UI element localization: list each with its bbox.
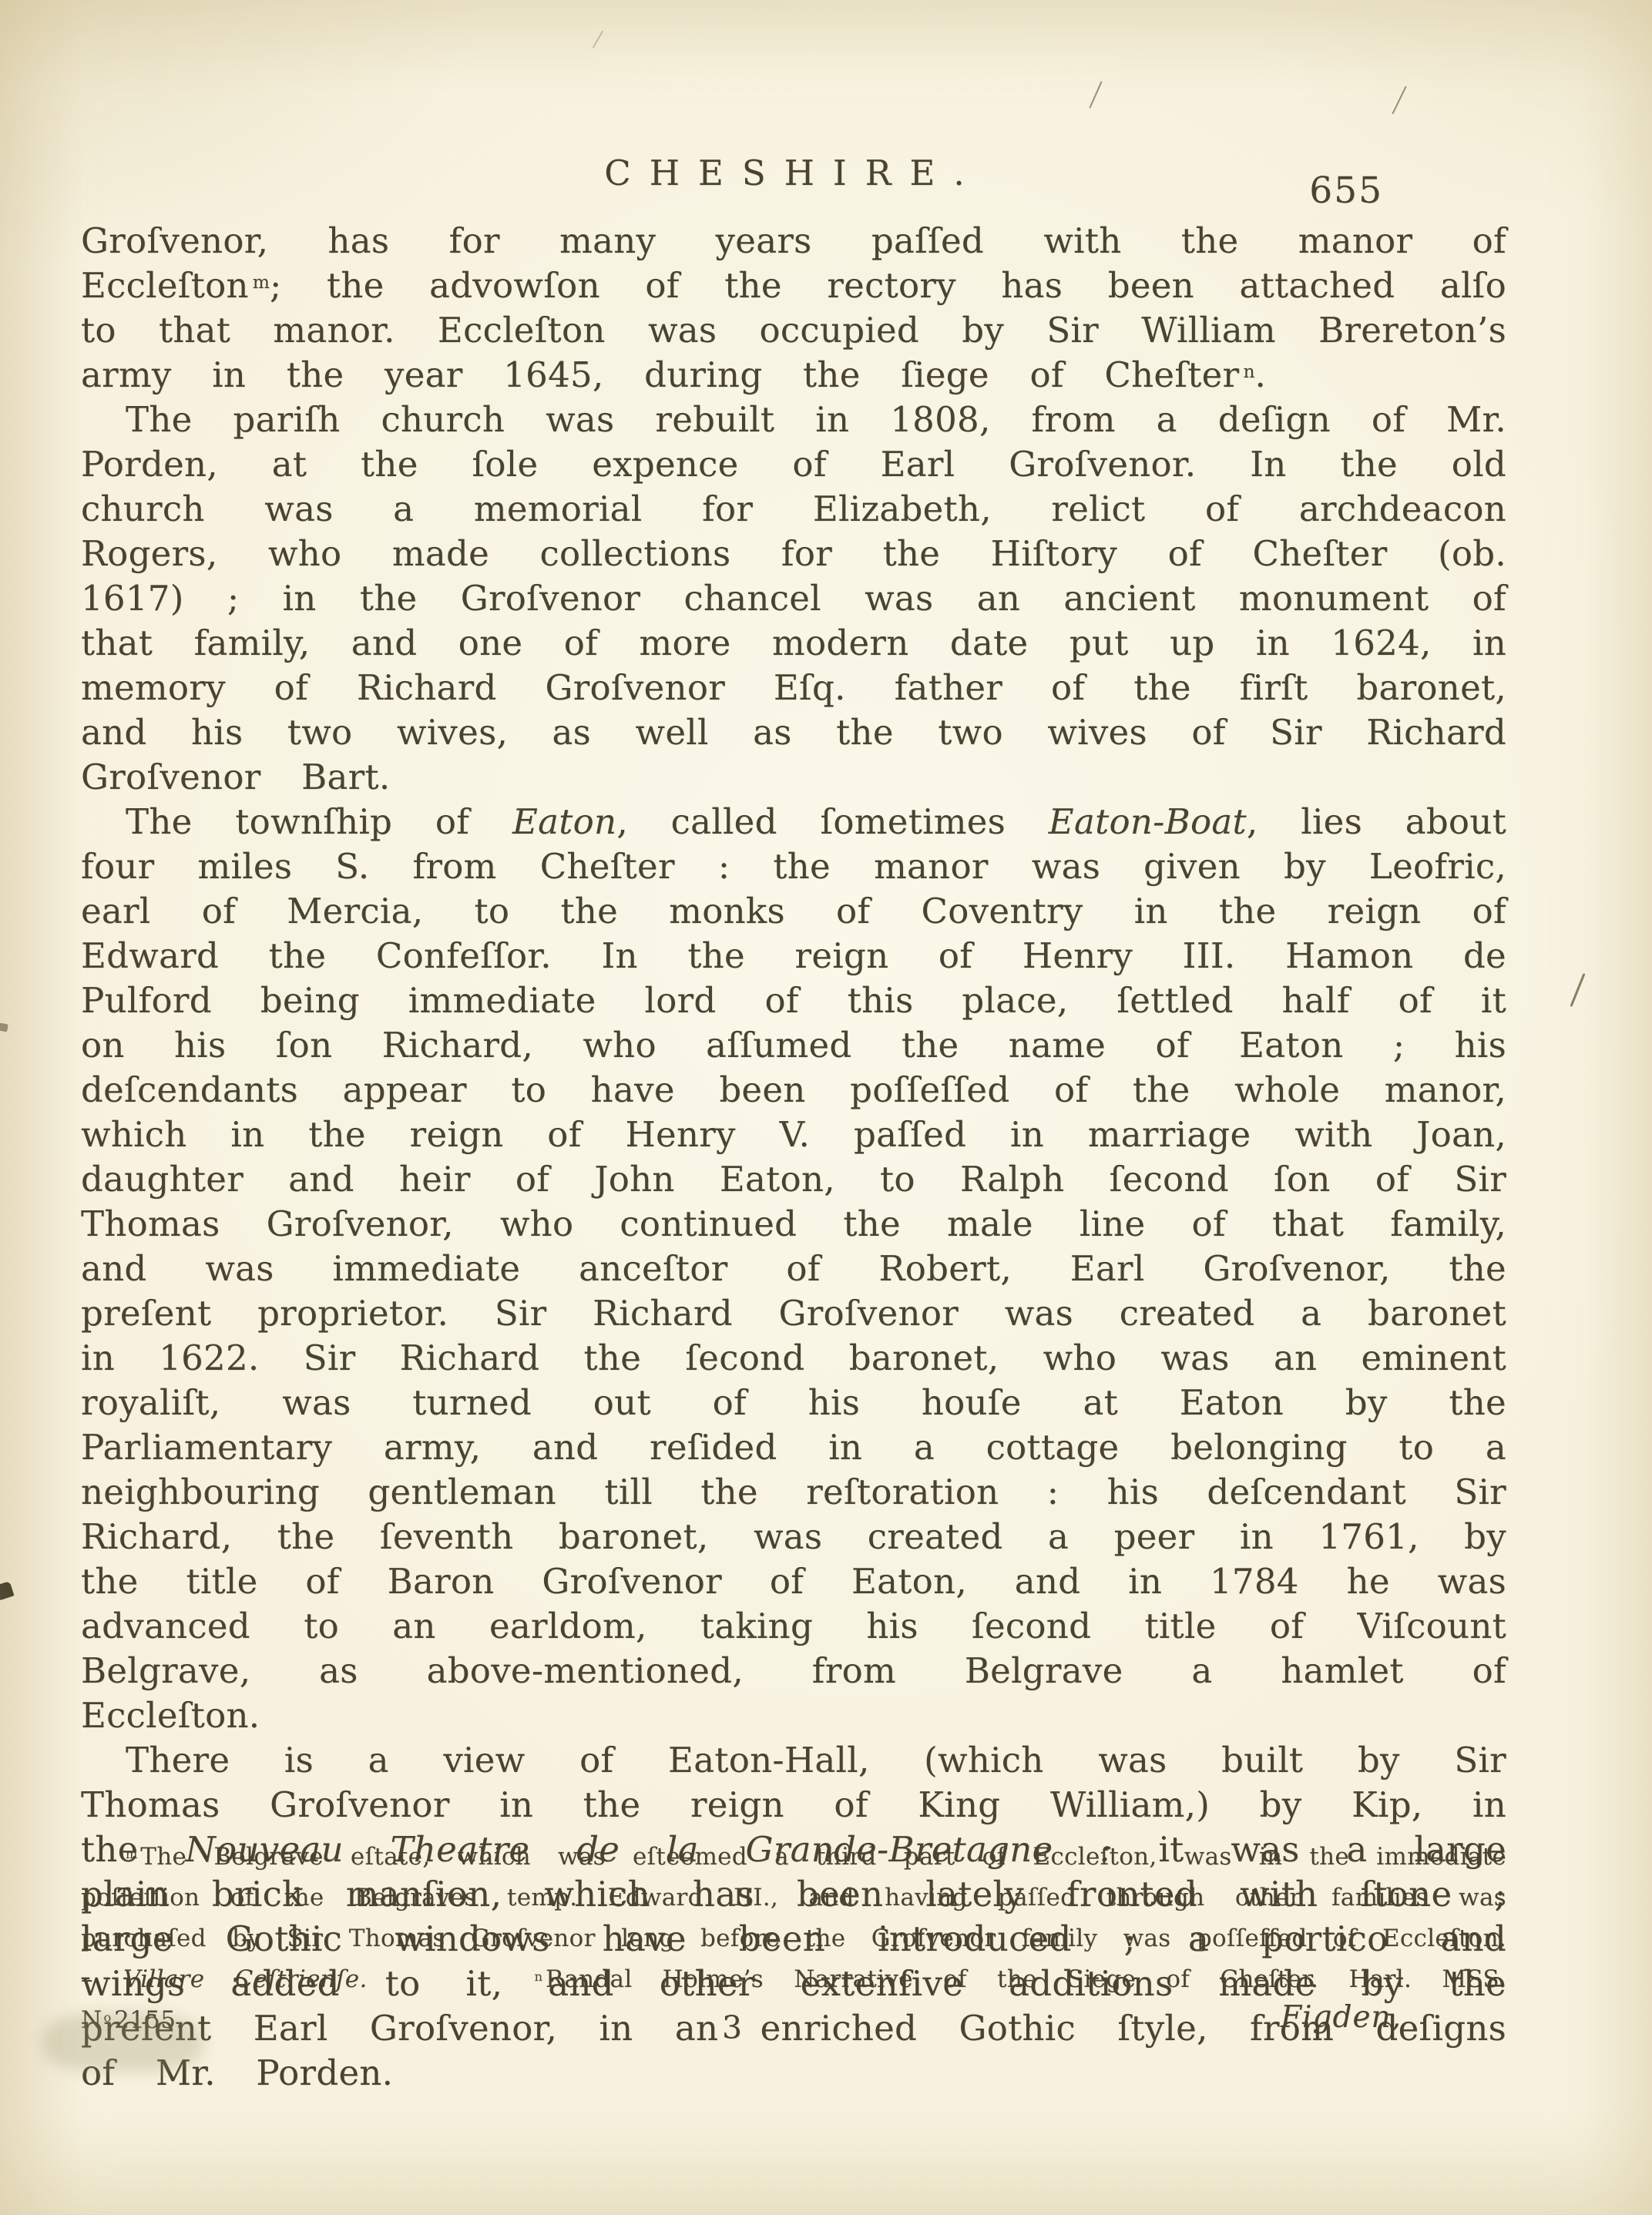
footnote-reference: n [1243,361,1254,382]
page-number: 655 [1309,169,1383,212]
text-run: Eaton-Boat [1049,801,1247,842]
paragraph: Groſvenor, has for many years paſſed wit… [81,219,1506,398]
paragraph: The pariſh church was rebuilt in 1808, f… [81,398,1506,800]
book-page-scan: CHESHIRE. 655 Groſvenor, has for many ye… [0,0,1652,2215]
text-run: . [1255,354,1267,395]
text-run: ; the advowſon of the rectory has been a… [81,265,1506,395]
scan-slash-artifact [1570,973,1585,1007]
text-run: , lies about four miles S. from Cheſter … [81,801,1506,1736]
bleed-through-smudge [42,2012,204,2072]
catchword: Figden, [1281,2000,1402,2035]
page-edge-mark [0,1581,15,1601]
body-text: Groſvenor, has for many years paſſed wit… [81,219,1506,2096]
scan-hairline-artifact [1089,81,1102,109]
text-run: , called ſometimes [616,801,1048,842]
text-run: The townſhip of [126,801,512,842]
scan-hairline-artifact [1392,86,1406,115]
footnote-reference: m [253,271,270,293]
text-run: Eaton [512,801,616,842]
footnote-reference: m [126,1847,137,1861]
footnote-reference: n [535,1969,542,1984]
page-edge-mark [0,1022,8,1032]
page-title: CHESHIRE. [81,153,1506,193]
text-run: The pariſh church was rebuilt in 1808, f… [81,399,1506,797]
running-head: CHESHIRE. 655 [81,153,1506,214]
scan-hairline-artifact [593,30,604,49]
text-run: Villare Ceſtrienſe. [123,1965,368,1993]
paragraph: The townſhip of Eaton, called ſometimes … [81,800,1506,1738]
signature-mark: 3 [81,2009,1383,2046]
